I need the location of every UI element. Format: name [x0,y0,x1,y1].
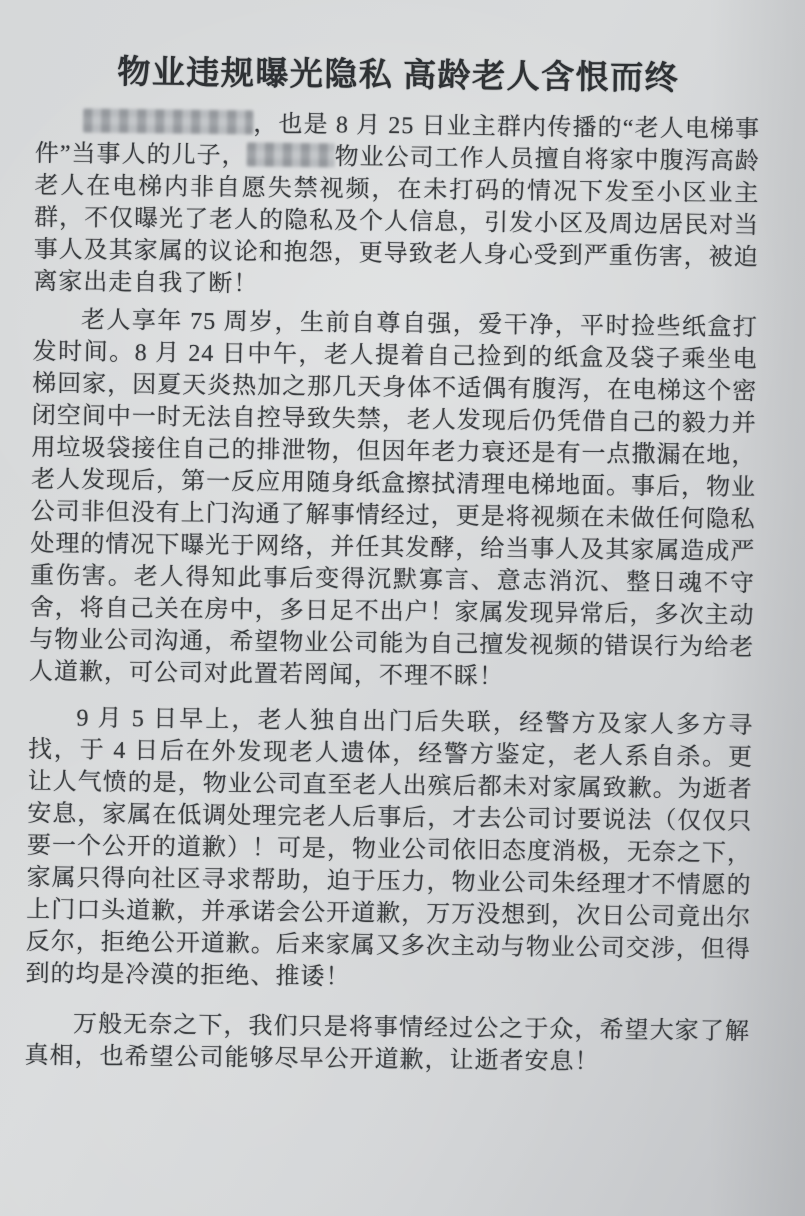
document-photo-background: 物业违规曝光隐私 高龄老人含恨而终 ，也是 8 月 25 日业主群内传播的“老人… [0,0,805,1216]
document-page: 物业违规曝光隐私 高龄老人含恨而终 ，也是 8 月 25 日业主群内传播的“老人… [24,50,761,1080]
document-title: 物业违规曝光隐私 高龄老人含恨而终 [36,50,761,102]
redacted-author-name-block [83,109,253,135]
paragraph-appeal: 万般无奈之下，我们只是将事情经过公之于众，希望大家了解真相，也希望公司能够尽早公… [24,1008,750,1080]
paragraph-aftermath: 9 月 5 日早上，老人独自出门后失联，经警方及家人多方寻找，于 4 日后在外发… [25,702,753,998]
redacted-company-name-block [246,142,334,167]
paragraph-intro: ，也是 8 月 25 日业主群内传播的“老人电梯事件”当事人的儿子，物业公司工作… [33,106,760,306]
paragraph-incident-details: 老人享年 75 周岁，生前自尊自强，爱干净，平时捡些纸盒打发时间。8 月 24 … [29,304,758,696]
